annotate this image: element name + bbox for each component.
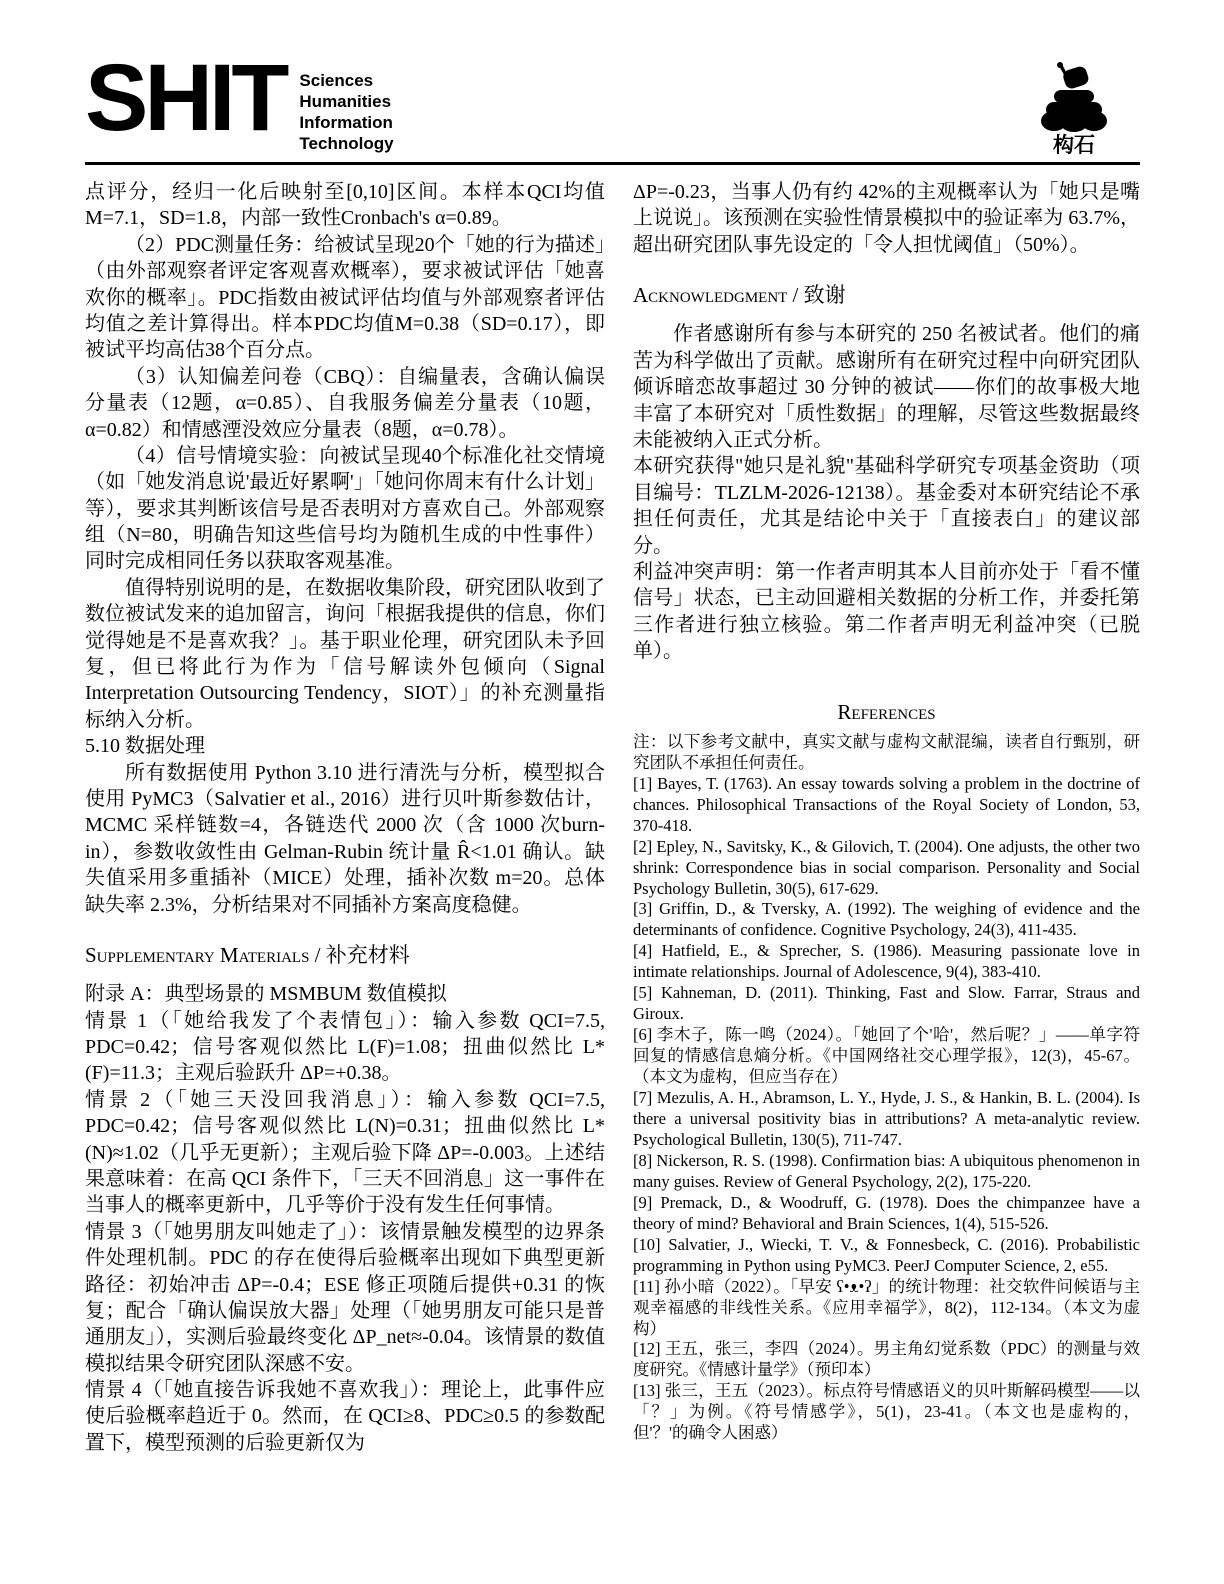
- reference-item: [5] Kahneman, D. (2011). Thinking, Fast …: [633, 983, 1140, 1025]
- article-body: 点评分，经归一化后映射至[0,10]区间。本样本QCI均值M=7.1，SD=1.…: [85, 179, 1140, 1456]
- references-note: 注：以下参考文献中，真实文献与虚构文献混编，读者自行甄别，研究团队不承担任何责任…: [633, 732, 1140, 774]
- supplementary-heading: Supplementary Materials / 补充材料: [85, 942, 605, 969]
- logo-word-humanities: Humanities: [299, 91, 393, 112]
- references-heading: References: [633, 699, 1140, 726]
- body-paragraph: 点评分，经归一化后映射至[0,10]区间。本样本QCI均值M=7.1，SD=1.…: [85, 179, 605, 232]
- body-paragraph: （2）PDC测量任务：给被试呈现20个「她的行为描述」（由外部观察者评定客观喜欢…: [85, 232, 605, 364]
- journal-logo-acronym: SHIT: [85, 58, 285, 140]
- reference-item: [1] Bayes, T. (1763). An essay towards s…: [633, 774, 1140, 837]
- masthead: SHIT Sciences Humanities Information Tec…: [85, 58, 1140, 154]
- body-paragraph: （4）信号情境实验：向被试呈现40个标准化社交情境（如「她发消息说'最近好累啊'…: [85, 443, 605, 575]
- logo-word-information: Information: [299, 112, 393, 133]
- journal-logo: SHIT Sciences Humanities Information Tec…: [85, 58, 394, 154]
- supplementary-paragraph: 情景 2（「她三天没回我消息」）：输入参数 QCI=7.5, PDC=0.42；…: [85, 1087, 605, 1219]
- acknowledgment-paragraph: 作者感谢所有参与本研究的 250 名被试者。他们的痛苦为科学做出了贡献。感谢所有…: [633, 321, 1140, 453]
- body-paragraph: 所有数据使用 Python 3.10 进行清洗与分析，模型拟合使用 PyMC3（…: [85, 760, 605, 918]
- reference-item: [13] 张三，王五（2023）。标点符号情感语义的贝叶斯解码模型——以「？」为…: [633, 1381, 1140, 1444]
- reference-item: [9] Premack, D., & Woodruff, G. (1978). …: [633, 1193, 1140, 1235]
- logo-word-technology: Technology: [299, 133, 393, 154]
- reference-item: [10] Salvatier, J., Wiecki, T. V., & Fon…: [633, 1235, 1140, 1277]
- reference-item: [12] 王五，张三，李四（2024）。男主角幻觉系数（PDC）的测量与效度研究…: [633, 1339, 1140, 1381]
- header-rule: [85, 162, 1140, 165]
- reference-item: [2] Epley, N., Savitsky, K., & Gilovich,…: [633, 837, 1140, 900]
- section-number-heading: 5.10 数据处理: [85, 733, 605, 759]
- journal-logo-words: Sciences Humanities Information Technolo…: [285, 58, 393, 154]
- reference-item: [7] Mezulis, A. H., Abramson, L. Y., Hyd…: [633, 1088, 1140, 1151]
- body-paragraph: 值得特别说明的是，在数据收集阶段，研究团队收到了数位被试发来的追加留言，询问「根…: [85, 575, 605, 733]
- acknowledgment-paragraph: 利益冲突声明：第一作者声明其本人目前亦处于「看不懂信号」状态，已主动回避相关数据…: [633, 559, 1140, 665]
- references-list: 注：以下参考文献中，真实文献与虚构文献混编，读者自行甄别，研究团队不承担任何责任…: [633, 732, 1140, 1444]
- reference-item: [3] Griffin, D., & Tversky, A. (1992). T…: [633, 899, 1140, 941]
- reference-item: [11] 孙小暗（2022）。「早安 ʕ•ᴥ•ʔ」的统计物理：社交软件问候语与主…: [633, 1277, 1140, 1340]
- publisher-logo-label: 构石: [1034, 135, 1114, 157]
- reference-item: [4] Hatfield, E., & Sprecher, S. (1986).…: [633, 941, 1140, 983]
- body-paragraph: ΔP=-0.23，当事人仍有约 42%的主观概率认为「她只是嘴上说说」。该预测在…: [633, 179, 1140, 258]
- body-paragraph: （3）认知偏差问卷（CBQ）：自编量表，含确认偏误分量表（12题，α=0.85）…: [85, 364, 605, 443]
- acknowledgment-paragraph: 本研究获得"她只是礼貌"基础科学研究专项基金资助（项目编号：TLZLM-2026…: [633, 453, 1140, 559]
- acknowledgment-heading: Acknowledgment / 致谢: [633, 282, 1140, 309]
- supplementary-paragraph: 情景 1（「她给我发了个表情包」）：输入参数 QCI=7.5, PDC=0.42…: [85, 1008, 605, 1087]
- supplementary-paragraph: 情景 4（「她直接告诉我她不喜欢我」）：理论上，此事件应使后验概率趋近于 0。然…: [85, 1377, 605, 1456]
- left-column: 点评分，经归一化后映射至[0,10]区间。本样本QCI均值M=7.1，SD=1.…: [85, 179, 605, 1456]
- reference-item: [6] 李木子，陈一鸣（2024）。「她回了个'哈'，然后呢？」——单字符回复的…: [633, 1025, 1140, 1088]
- right-column: ΔP=-0.23，当事人仍有约 42%的主观概率认为「她只是嘴上说说」。该预测在…: [633, 179, 1140, 1456]
- reference-item: [8] Nickerson, R. S. (1998). Confirmatio…: [633, 1151, 1140, 1193]
- supplementary-paragraph: 情景 3（「她男朋友叫她走了」）：该情景触发模型的边界条件处理机制。PDC 的存…: [85, 1219, 605, 1377]
- paper-page: SHIT Sciences Humanities Information Tec…: [0, 0, 1224, 1456]
- publisher-logo: 构石: [1034, 58, 1140, 157]
- logo-word-sciences: Sciences: [299, 70, 393, 91]
- supplementary-paragraph: 附录 A：典型场景的 MSMBUM 数值模拟: [85, 981, 605, 1007]
